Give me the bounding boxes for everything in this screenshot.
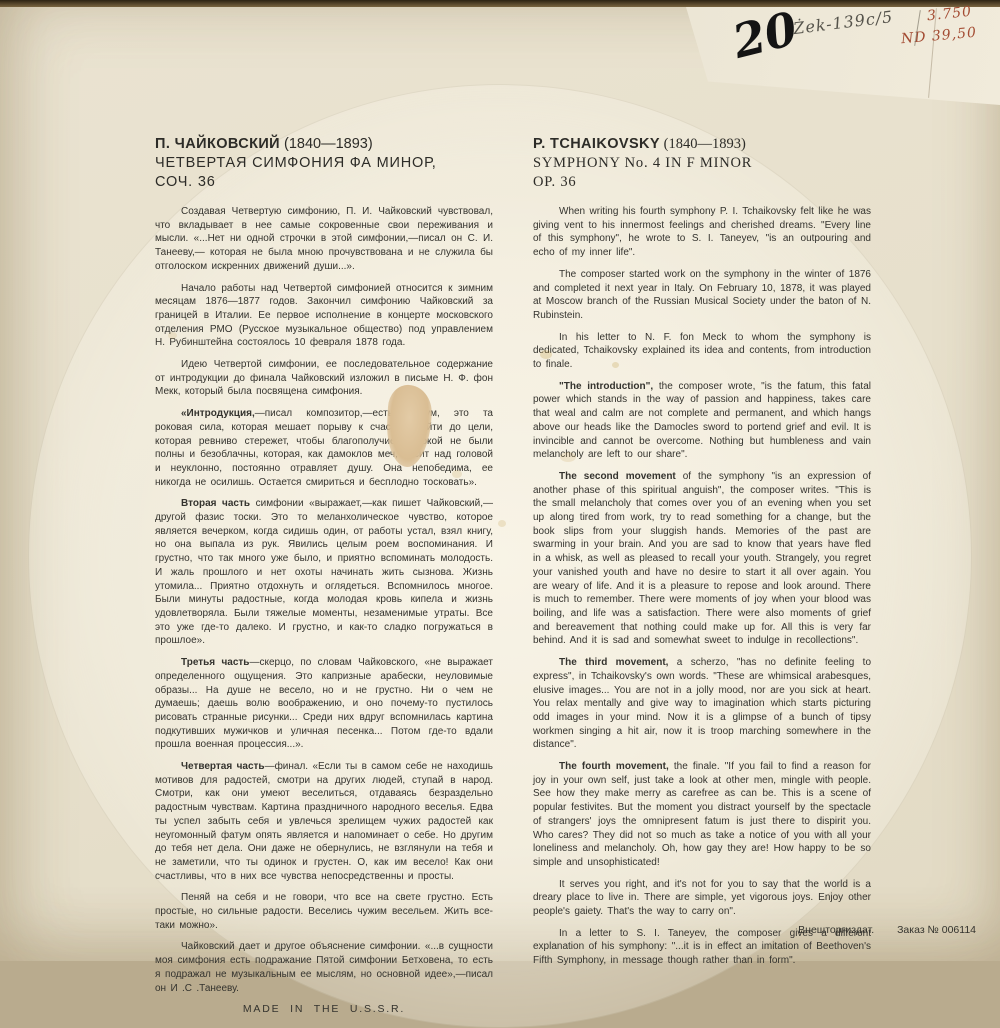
paragraph-lead: «Интродукция,	[181, 408, 255, 419]
english-liner-notes: When writing his fourth symphony P. I. T…	[533, 205, 871, 961]
sleeve-top-edge	[0, 0, 1000, 7]
paragraph-lead: "The introduction",	[559, 381, 653, 392]
record-sleeve-back: 20 Żek-139c/5 3.750 ND 39,50 П. ЧАЙКОВСК…	[0, 0, 1000, 961]
paragraph: Третья часть—скерцо, по словам Чайковско…	[155, 656, 493, 752]
russian-column: П. ЧАЙКОВСКИЙ (1840—1893) ЧЕТВЕРТАЯ СИМФ…	[155, 135, 493, 961]
paragraph: Идею Четвертой симфонии, ее последовател…	[155, 358, 493, 399]
publisher-footer: Внешторгиздат. Заказ № 006114	[798, 924, 976, 936]
english-column: P. TCHAIKOVSKY (1840—1893) SYMPHONY No. …	[533, 135, 871, 961]
paragraph-lead: The third movement,	[559, 657, 668, 668]
paragraph-lead: Четвертая часть	[181, 761, 265, 772]
paragraph: It serves you right, and it's not for yo…	[533, 878, 871, 919]
paragraph: The fourth movement, the finale. "If you…	[533, 760, 871, 870]
opus-number-en: OP. 36	[533, 173, 871, 192]
paragraph-lead: Третья часть	[181, 657, 249, 668]
russian-composer-line: П. ЧАЙКОВСКИЙ (1840—1893)	[155, 135, 493, 154]
english-title: P. TCHAIKOVSKY (1840—1893) SYMPHONY No. …	[533, 135, 871, 192]
paragraph: Пеняй на себя и не говори, что все на св…	[155, 891, 493, 932]
order-number: Заказ № 006114	[897, 924, 976, 936]
publisher-name: Внешторгиздат.	[798, 924, 874, 936]
paragraph: In his letter to N. F. fon Meck to whom …	[533, 331, 871, 372]
paragraph: The composer started work on the symphon…	[533, 268, 871, 323]
symphony-title-ru: ЧЕТВЕРТАЯ СИМФОНИЯ ФА МИНОР,	[155, 154, 493, 173]
opus-number-ru: СОЧ. 36	[155, 173, 493, 192]
paragraph: Создавая Четвертую симфонию, П. И. Чайко…	[155, 205, 493, 274]
russian-liner-notes: Создавая Четвертую симфонию, П. И. Чайко…	[155, 205, 493, 961]
paragraph-lead: The fourth movement,	[559, 761, 669, 772]
paragraph: Четвертая часть—финал. «Если ты в самом …	[155, 760, 493, 883]
paragraph: Вторая часть симфонии «выражает,—как пиш…	[155, 497, 493, 648]
russian-title: П. ЧАЙКОВСКИЙ (1840—1893) ЧЕТВЕРТАЯ СИМФ…	[155, 135, 493, 192]
symphony-title-en: SYMPHONY No. 4 IN F MINOR	[533, 154, 871, 173]
paragraph: The third movement, a scherzo, "has no d…	[533, 656, 871, 752]
paragraph: "The introduction", the composer wrote, …	[533, 380, 871, 462]
paragraph: Чайковский дает и другое объяснение симф…	[155, 940, 493, 961]
composer-name-ru: П. ЧАЙКОВСКИЙ	[155, 136, 280, 152]
paragraph-lead: Вторая часть	[181, 498, 250, 509]
composer-years-ru: (1840—1893)	[284, 136, 373, 152]
english-composer-line: P. TCHAIKOVSKY (1840—1893)	[533, 135, 871, 154]
paragraph: Начало работы над Четвертой симфонией от…	[155, 282, 493, 351]
paragraph: «Интродукция,—писал композитор,—есть фат…	[155, 407, 493, 489]
paragraph: The second movement of the symphony "is …	[533, 470, 871, 648]
composer-years-en: (1840—1893)	[664, 136, 746, 152]
composer-name-en: P. TCHAIKOVSKY	[533, 136, 660, 152]
paragraph-lead: The second movement	[559, 471, 676, 482]
paragraph: When writing his fourth symphony P. I. T…	[533, 205, 871, 260]
